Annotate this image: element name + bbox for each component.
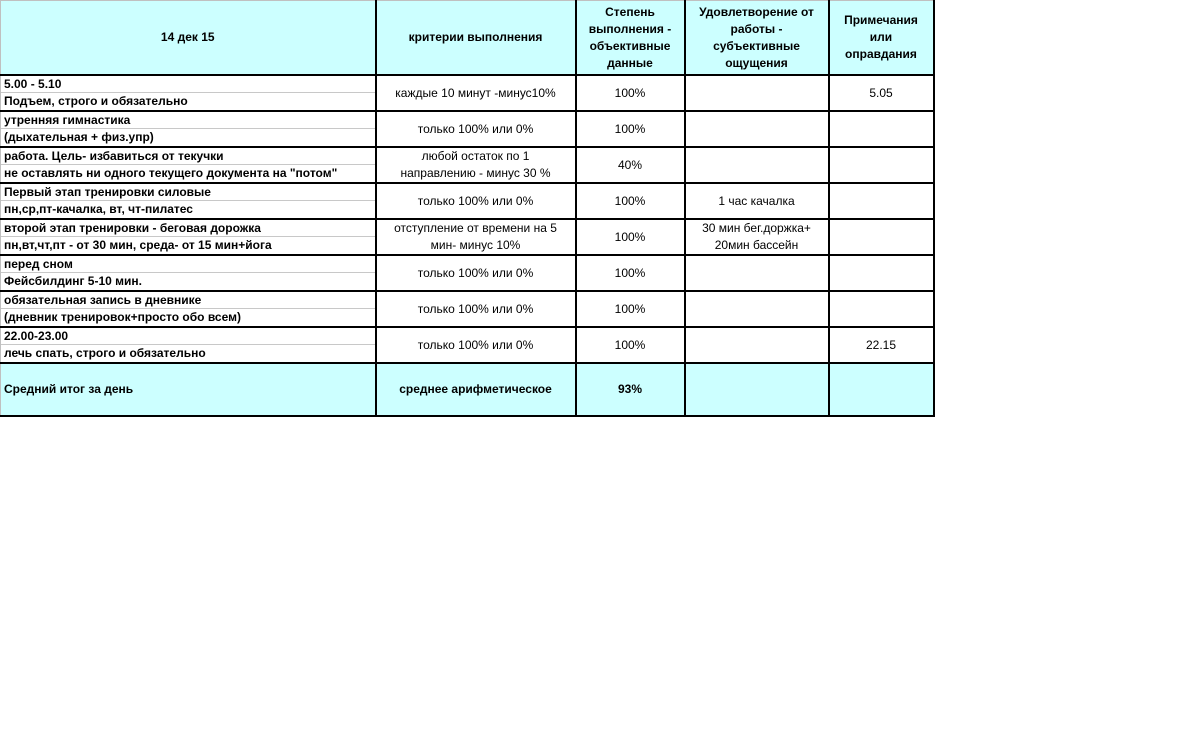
header-criteria[interactable]: критерии выполнения [376,1,576,76]
summary-row: Средний итог за день среднее арифметичес… [1,363,934,416]
degree-cell[interactable]: 100% [576,75,685,111]
table-row: обязательная запись в дневнике(дневник т… [1,291,934,327]
degree-cell[interactable]: 100% [576,255,685,291]
task-line-1: перед сном [1,256,375,273]
summary-label[interactable]: Средний итог за день [1,363,376,416]
criteria-cell[interactable]: только 100% или 0% [376,183,576,219]
criteria-cell[interactable]: каждые 10 минут -минус10% [376,75,576,111]
task-cell[interactable]: 22.00-23.00лечь спать, строго и обязател… [1,327,376,363]
task-line-1: обязательная запись в дневнике [1,292,375,309]
satisfaction-cell[interactable] [685,75,829,111]
notes-cell[interactable] [829,183,934,219]
criteria-cell[interactable]: любой остаток по 1 направлению - минус 3… [376,147,576,183]
header-degree[interactable]: Степень выполнения - объективные данные [576,1,685,76]
notes-cell[interactable] [829,291,934,327]
task-line-2: не оставлять ни одного текущего документ… [1,165,375,182]
notes-cell[interactable]: 5.05 [829,75,934,111]
notes-cell[interactable] [829,219,934,255]
task-line-1: второй этап тренировки - беговая дорожка [1,220,375,237]
task-cell[interactable]: перед сномФейсбилдинг 5-10 мин. [1,255,376,291]
satisfaction-cell[interactable] [685,291,829,327]
degree-cell[interactable]: 100% [576,111,685,147]
table-row: работа. Цель- избавиться от текучкине ос… [1,147,934,183]
degree-cell[interactable]: 100% [576,183,685,219]
satisfaction-cell[interactable]: 1 час качалка [685,183,829,219]
task-line-2: (дневник тренировок+просто обо всем) [1,309,375,326]
notes-cell[interactable] [829,147,934,183]
task-line-1: 5.00 - 5.10 [1,76,375,93]
task-line-1: 22.00-23.00 [1,328,375,345]
task-line-2: пн,ср,пт-качалка, вт, чт-пилатес [1,201,375,218]
degree-cell[interactable]: 40% [576,147,685,183]
satisfaction-cell[interactable] [685,111,829,147]
criteria-cell[interactable]: только 100% или 0% [376,111,576,147]
task-cell[interactable]: Первый этап тренировки силовыепн,ср,пт-к… [1,183,376,219]
summary-satisfaction[interactable] [685,363,829,416]
header-row: 14 дек 15 критерии выполнения Степень вы… [1,1,934,76]
satisfaction-cell[interactable] [685,327,829,363]
criteria-cell[interactable]: отступление от времени на 5 мин- минус 1… [376,219,576,255]
summary-notes[interactable] [829,363,934,416]
table-row: 5.00 - 5.10Подъем, строго и обязательно … [1,75,934,111]
task-cell[interactable]: обязательная запись в дневнике(дневник т… [1,291,376,327]
task-line-1: работа. Цель- избавиться от текучки [1,148,375,165]
task-line-1: Первый этап тренировки силовые [1,184,375,201]
satisfaction-cell[interactable] [685,147,829,183]
task-cell[interactable]: второй этап тренировки - беговая дорожка… [1,219,376,255]
task-line-2: (дыхательная + физ.упр) [1,129,375,146]
degree-cell[interactable]: 100% [576,291,685,327]
task-cell[interactable]: работа. Цель- избавиться от текучкине ос… [1,147,376,183]
notes-cell[interactable] [829,255,934,291]
table-row: 22.00-23.00лечь спать, строго и обязател… [1,327,934,363]
notes-cell[interactable]: 22.15 [829,327,934,363]
task-cell[interactable]: утренняя гимнастика(дыхательная + физ.уп… [1,111,376,147]
criteria-cell[interactable]: только 100% или 0% [376,327,576,363]
table-row: перед сномФейсбилдинг 5-10 мин. только 1… [1,255,934,291]
criteria-cell[interactable]: только 100% или 0% [376,255,576,291]
task-line-2: пн,вт,чт,пт - от 30 мин, среда- от 15 ми… [1,237,375,254]
task-line-1: утренняя гимнастика [1,112,375,129]
criteria-cell[interactable]: только 100% или 0% [376,291,576,327]
header-satisfaction[interactable]: Удовлетворение от работы - субъективные … [685,1,829,76]
task-line-2: Подъем, строго и обязательно [1,93,375,110]
satisfaction-cell[interactable] [685,255,829,291]
task-line-2: лечь спать, строго и обязательно [1,345,375,362]
header-notes[interactable]: Примечания или оправдания [829,1,934,76]
summary-degree[interactable]: 93% [576,363,685,416]
task-cell[interactable]: 5.00 - 5.10Подъем, строго и обязательно [1,75,376,111]
table-row: Первый этап тренировки силовыепн,ср,пт-к… [1,183,934,219]
summary-criteria[interactable]: среднее арифметическое [376,363,576,416]
degree-cell[interactable]: 100% [576,219,685,255]
degree-cell[interactable]: 100% [576,327,685,363]
table-row: утренняя гимнастика(дыхательная + физ.уп… [1,111,934,147]
daily-plan-table: 14 дек 15 критерии выполнения Степень вы… [0,0,935,417]
satisfaction-cell[interactable]: 30 мин бег.доржка+ 20мин бассейн [685,219,829,255]
task-line-2: Фейсбилдинг 5-10 мин. [1,273,375,290]
table-row: второй этап тренировки - беговая дорожка… [1,219,934,255]
notes-cell[interactable] [829,111,934,147]
header-date[interactable]: 14 дек 15 [1,1,376,76]
